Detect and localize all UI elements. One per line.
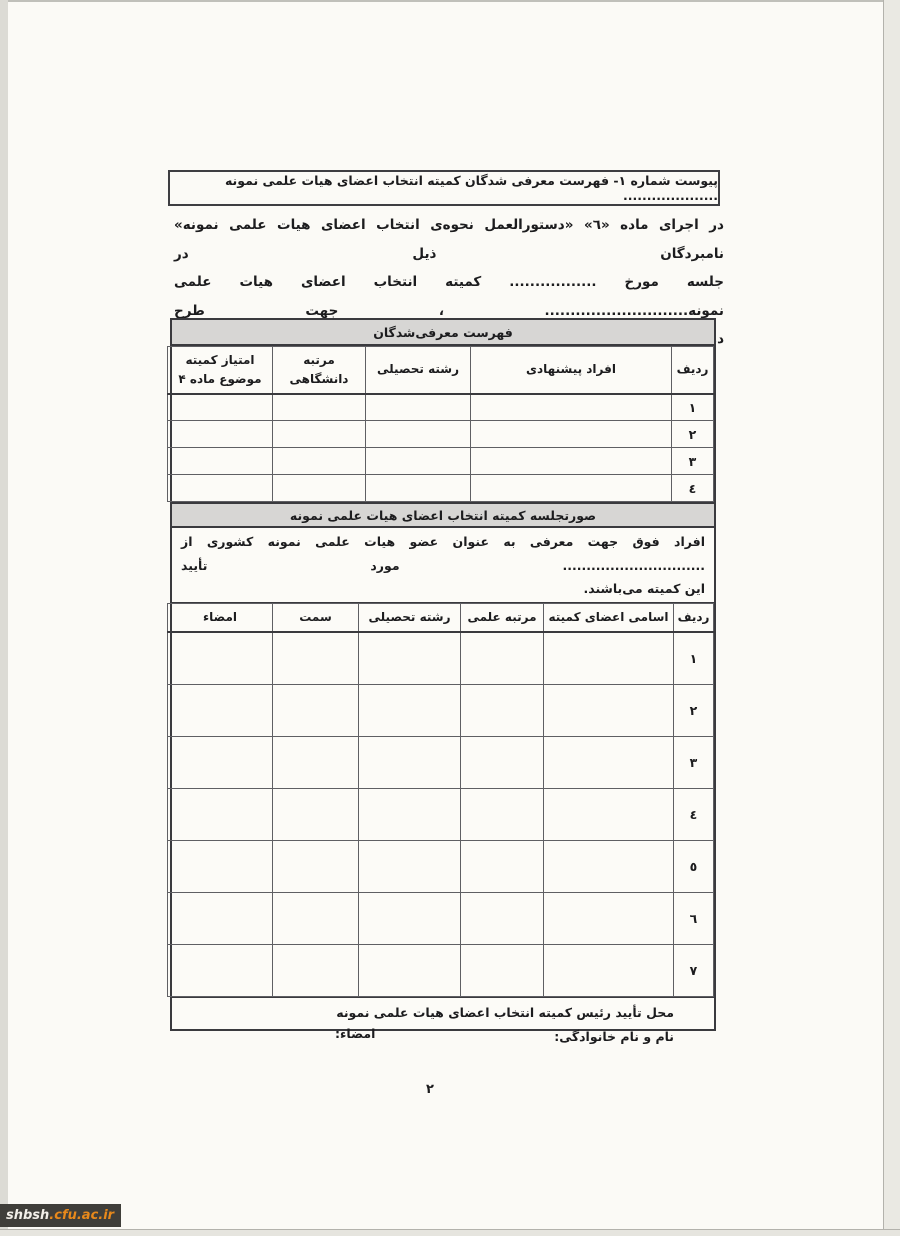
scan-edge-top — [8, 0, 883, 2]
empty-cell — [359, 632, 461, 684]
empty-cell — [359, 840, 461, 892]
intro-section-title: فهرست معرفی‌شدگان — [373, 325, 513, 340]
approval-title: محل تأیید رئیس کمیته انتخاب اعضای هیات ع… — [182, 1002, 674, 1024]
column-header-committee-score: امتیاز کمیته موضوع ماده ۴ — [168, 347, 273, 394]
row-number-cell: ٢ — [674, 684, 714, 736]
scan-edge-right — [883, 0, 900, 1236]
empty-cell — [273, 448, 366, 475]
watermark-prefix: shbsh — [6, 1208, 49, 1223]
empty-cell — [461, 632, 544, 684]
paragraph-line: جلسه مورخ ................. کمیته انتخاب… — [174, 268, 724, 325]
row-number-cell: ٥ — [674, 840, 714, 892]
empty-cell — [168, 944, 273, 996]
column-header-member-names: اسامی اعضای کمیته — [544, 603, 674, 632]
empty-cell — [359, 684, 461, 736]
attachment-title: پیوست شماره ۱- فهرست معرفی شدگان کمیته ا… — [170, 173, 718, 203]
row-number-cell: ٢ — [672, 421, 714, 448]
empty-cell — [273, 892, 359, 944]
empty-cell — [366, 421, 471, 448]
intro-section-title-bar: فهرست معرفی‌شدگان — [172, 320, 714, 346]
table-row: ٤ — [168, 788, 714, 840]
empty-cell — [273, 394, 366, 421]
row-number-cell: ٣ — [672, 448, 714, 475]
row-number-cell: ٣ — [674, 736, 714, 788]
attachment-title-box: پیوست شماره ۱- فهرست معرفی شدگان کمیته ا… — [168, 170, 720, 206]
empty-cell — [273, 475, 366, 502]
table-row: ٧ — [168, 944, 714, 996]
column-header-proposed-persons: افراد پیشنهادی — [471, 347, 672, 394]
row-number-cell: ٤ — [672, 475, 714, 502]
empty-cell — [273, 840, 359, 892]
scanned-document-page: پیوست شماره ۱- فهرست معرفی شدگان کمیته ا… — [0, 0, 900, 1236]
empty-cell — [168, 448, 273, 475]
empty-cell — [471, 394, 672, 421]
table-row: ٢ — [168, 421, 714, 448]
empty-cell — [168, 892, 273, 944]
empty-cell — [359, 788, 461, 840]
table-row: ١ — [168, 394, 714, 421]
empty-cell — [366, 394, 471, 421]
empty-cell — [273, 736, 359, 788]
nominees-form: فهرست معرفی‌شدگان ردیف افراد پیشنهادی رش… — [170, 318, 716, 1031]
empty-cell — [366, 448, 471, 475]
row-number-cell: ٧ — [674, 944, 714, 996]
empty-cell — [461, 840, 544, 892]
minutes-section-title: صورتجلسه کمیته انتخاب اعضای هیات علمی نم… — [290, 508, 596, 523]
empty-cell — [273, 788, 359, 840]
page-number: ٢ — [420, 1082, 440, 1097]
committee-members-table: ردیف اسامی اعضای کمیته مرتبه علمی رشته ت… — [167, 603, 714, 997]
nominees-header-row: ردیف افراد پیشنهادی رشته تحصیلی مرتبه دا… — [168, 347, 714, 394]
empty-cell — [273, 421, 366, 448]
table-row: ١ — [168, 632, 714, 684]
empty-cell — [168, 684, 273, 736]
table-row: ٣ — [168, 448, 714, 475]
row-number-cell: ١ — [672, 394, 714, 421]
column-header-scientific-rank: مرتبه علمی — [461, 603, 544, 632]
empty-cell — [544, 840, 674, 892]
empty-cell — [471, 421, 672, 448]
scan-edge-left — [0, 0, 8, 1236]
empty-cell — [359, 892, 461, 944]
empty-cell — [273, 684, 359, 736]
empty-cell — [544, 788, 674, 840]
empty-cell — [366, 475, 471, 502]
empty-cell — [359, 944, 461, 996]
confirmation-statement: افراد فوق جهت معرفی به عنوان عضو هیات عل… — [172, 528, 714, 603]
committee-header-row: ردیف اسامی اعضای کمیته مرتبه علمی رشته ت… — [168, 603, 714, 632]
empty-cell — [168, 394, 273, 421]
empty-cell — [461, 788, 544, 840]
empty-cell — [544, 944, 674, 996]
empty-cell — [461, 684, 544, 736]
site-watermark: shbsh.cfu.ac.ir — [0, 1204, 121, 1227]
table-row: ٤ — [168, 475, 714, 502]
row-number-cell: ٤ — [674, 788, 714, 840]
column-header-academic-rank: مرتبه دانشگاهی — [273, 347, 366, 394]
empty-cell — [273, 944, 359, 996]
approval-section: محل تأیید رئیس کمیته انتخاب اعضای هیات ع… — [172, 997, 714, 1048]
empty-cell — [168, 475, 273, 502]
column-header-signature: امضاء — [168, 603, 273, 632]
empty-cell — [471, 475, 672, 502]
empty-cell — [544, 736, 674, 788]
watermark-suffix: .cfu.ac.ir — [49, 1208, 114, 1223]
empty-cell — [471, 448, 672, 475]
empty-cell — [168, 421, 273, 448]
empty-cell — [359, 736, 461, 788]
empty-cell — [168, 840, 273, 892]
empty-cell — [168, 788, 273, 840]
empty-cell — [461, 892, 544, 944]
table-row: ٣ — [168, 736, 714, 788]
column-header-field-of-study: رشته تحصیلی — [366, 347, 471, 394]
confirmation-line: این کمیته می‌باشند. — [181, 577, 705, 601]
table-row: ٦ — [168, 892, 714, 944]
row-number-cell: ٦ — [674, 892, 714, 944]
minutes-section-title-bar: صورتجلسه کمیته انتخاب اعضای هیات علمی نم… — [172, 502, 714, 528]
empty-cell — [544, 632, 674, 684]
row-number-cell: ١ — [674, 632, 714, 684]
scan-edge-bottom — [0, 1229, 900, 1236]
signature-label: امضاء: — [335, 1026, 375, 1041]
empty-cell — [461, 736, 544, 788]
table-row: ٥ — [168, 840, 714, 892]
empty-cell — [168, 632, 273, 684]
empty-cell — [168, 736, 273, 788]
column-header-row-number: ردیف — [672, 347, 714, 394]
paragraph-line: در اجرای ماده «٦» «دستورالعمل نحوه‌ی انت… — [174, 211, 724, 268]
column-header-field-of-study: رشته تحصیلی — [359, 603, 461, 632]
column-header-position: سمت — [273, 603, 359, 632]
empty-cell — [273, 632, 359, 684]
empty-cell — [461, 944, 544, 996]
column-header-row-number: ردیف — [674, 603, 714, 632]
confirmation-line: افراد فوق جهت معرفی به عنوان عضو هیات عل… — [181, 530, 705, 577]
table-row: ٢ — [168, 684, 714, 736]
empty-cell — [544, 892, 674, 944]
empty-cell — [544, 684, 674, 736]
name-label: نام و نام خانوادگی: — [182, 1026, 674, 1048]
nominees-table: ردیف افراد پیشنهادی رشته تحصیلی مرتبه دا… — [167, 346, 714, 502]
